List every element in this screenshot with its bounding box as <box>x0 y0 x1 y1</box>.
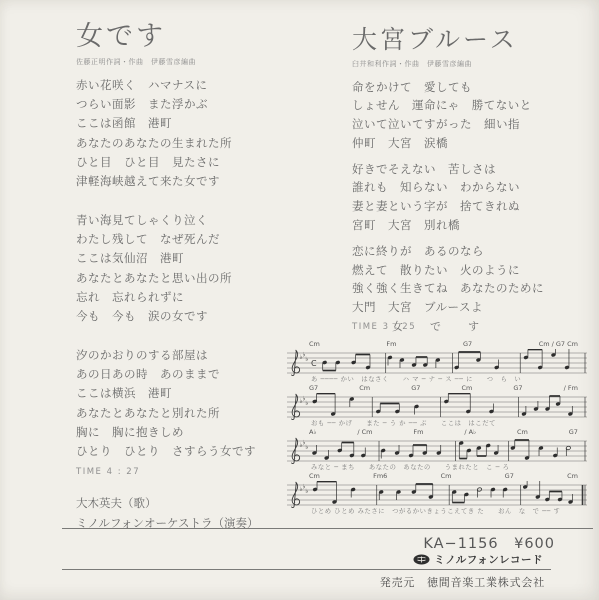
song-credit-left: 佐藤正明作詞・作曲 伊藤雪彦編曲 <box>76 57 326 67</box>
divider-top <box>62 528 593 529</box>
chord-row: CmFm6CmG7Cm <box>287 472 592 481</box>
record-label-line: ミノルフォンレコード <box>413 552 543 567</box>
chord-row: G7CmG7CmG7/ Fm <box>287 384 592 393</box>
staff-notation: ♭♭♭ <box>287 393 587 420</box>
score-system-3: A♭/ CmFm/ A♭CmG7 ♭♭♭ みなと ─ まち あなたの あなたの … <box>287 428 592 472</box>
chord-label: / A♭ <box>464 428 476 437</box>
lyric-line: 命をかけて 愛しても <box>352 78 592 97</box>
chord-label: G7 <box>505 472 514 481</box>
music-score: 女 で す CmFmG7Cm / G7 Cm ♭♭♭C あ ──── かい はな… <box>287 318 592 516</box>
svg-text:♭: ♭ <box>305 356 308 363</box>
chord-label: G7 <box>513 384 522 393</box>
chord-label: G7 <box>309 384 318 393</box>
staff-notation: ♭♭♭ <box>287 437 587 464</box>
record-label-name: ミノルフォンレコード <box>434 552 543 567</box>
svg-text:♭: ♭ <box>305 488 308 495</box>
chord-label: Cm <box>309 340 320 349</box>
chord-row: CmFmG7Cm / G7 Cm <box>287 340 592 349</box>
chord-label: Fm <box>413 428 423 437</box>
chord-label: G7 <box>411 384 420 393</box>
chord-label: / Cm <box>357 428 372 437</box>
lyric-line: わたし残して なぜ死んだ <box>76 230 326 249</box>
staff-notation: ♭♭♭ <box>287 481 587 508</box>
chord-label: Fm <box>386 340 396 349</box>
lyric-line: 赤い花咲く ハマナスに <box>76 76 326 95</box>
chord-label: Cm <box>567 472 578 481</box>
chord-label: Cm <box>359 384 370 393</box>
chord-label: / Fm <box>564 384 578 393</box>
lyric-line: ここは函館 港町 <box>76 114 326 133</box>
svg-text:♭: ♭ <box>305 400 308 407</box>
score-lyric-line: ひとめ ひとめ みたさに つがるかいきょうこえてき た おん な で ── す <box>287 508 592 516</box>
chord-label: Cm / G7 Cm <box>539 340 578 349</box>
minoruphone-logo-icon <box>413 554 430 565</box>
chord-label: Cm <box>461 384 472 393</box>
score-lyric-line: おも ── かげ また ─ う か ── ぶ ここは はこだて <box>287 420 592 428</box>
lyric-line <box>76 191 326 210</box>
lyric-line: ひと目 ひと目 見たさに <box>76 153 326 172</box>
song-section-omiya-blues: 大宮ブルース 臼井和利作詞・作曲 伊藤雪彦編曲 命をかけて 愛してもしょせん 運… <box>352 26 592 332</box>
lyric-line: つらい面影 また浮かぶ <box>76 95 326 114</box>
lyric-line <box>352 153 592 160</box>
lyric-line: 妻と妻という字が 捨てきれぬ <box>352 197 592 216</box>
score-system-4: CmFm6CmG7Cm ♭♭♭ ひとめ ひとめ みたさに つがるかいきょうこえて… <box>287 472 592 516</box>
lyric-line: 恋に終りが あるのなら <box>352 242 592 261</box>
lyrics-right: 命をかけて 愛してもしょせん 運命にゃ 勝てないと泣いて泣いてすがった 細い指仲… <box>352 78 592 318</box>
catalog-number: KA−1156 ¥600 <box>423 532 555 553</box>
record-sleeve-back: 女です 佐藤正明作詞・作曲 伊藤雪彦編曲 赤い花咲く ハマナスにつらい面影 また… <box>0 0 599 600</box>
score-system-1: CmFmG7Cm / G7 Cm ♭♭♭C あ ──── かい はなさく ハ マ… <box>287 340 592 384</box>
lyric-line: あなたとあなたと思い出の所 <box>76 269 326 288</box>
chord-label: Fm6 <box>373 472 387 481</box>
lyric-line: 仲町 大宮 涙橋 <box>352 134 592 153</box>
chord-label: Cm <box>517 428 528 437</box>
song-title-right: 大宮ブルース <box>352 26 592 54</box>
distributor-credit: 発売元 徳間音楽工業株式会社 <box>380 574 545 590</box>
lyric-line: 宮町 大宮 別れ橋 <box>352 216 592 235</box>
svg-text:C: C <box>311 359 317 368</box>
chord-label: A♭ <box>309 428 317 437</box>
score-lyric-line: あ ──── かい はなさく ハ マ ─ ナ ─ ス ── に つ ら い <box>287 376 592 384</box>
score-system-2: G7CmG7CmG7/ Fm ♭♭♭ おも ── かげ また ─ う か ── … <box>287 384 592 428</box>
chord-label: Cm <box>441 472 452 481</box>
score-title: 女 で す <box>287 318 592 334</box>
lyric-line <box>352 235 592 242</box>
lyric-line: 大門 大宮 ブルースよ <box>352 298 592 317</box>
chord-row: A♭/ CmFm/ A♭CmG7 <box>287 428 592 437</box>
lyric-line: 泣いて泣いてすがった 細い指 <box>352 115 592 134</box>
lyric-line: 誰れも 知らない わからない <box>352 178 592 197</box>
chord-label: G7 <box>463 340 472 349</box>
lyric-line: 強く強く生きてね あなたのために <box>352 279 592 298</box>
lyric-line: ここは気仙沼 港町 <box>76 249 326 268</box>
lyric-line: しょせん 運命にゃ 勝てないと <box>352 96 592 115</box>
lyric-line: 燃えて 散りたい 火のように <box>352 261 592 280</box>
divider-bottom <box>62 569 551 570</box>
chord-label: Cm <box>309 472 320 481</box>
lyric-line: 忘れ 忘れられずに <box>76 288 326 307</box>
lyric-line: 好きでそえない 苦しさは <box>352 160 592 179</box>
score-lyric-line: みなと ─ まち あなたの あなたの うまれたと こ ─ ろ <box>287 464 592 472</box>
song-credit-right: 臼井和利作詞・作曲 伊藤雪彦編曲 <box>352 59 592 69</box>
chord-label: G7 <box>569 428 578 437</box>
lyric-line: あなたのあなたの生まれた所 <box>76 134 326 153</box>
lyric-line: 青い海見てしゃくり泣く <box>76 211 326 230</box>
lyric-line: 津軽海峡越えて来た女です <box>76 172 326 191</box>
song-title-left: 女です <box>76 22 326 52</box>
staff-notation: ♭♭♭C <box>287 349 587 376</box>
svg-text:♭: ♭ <box>305 444 308 451</box>
